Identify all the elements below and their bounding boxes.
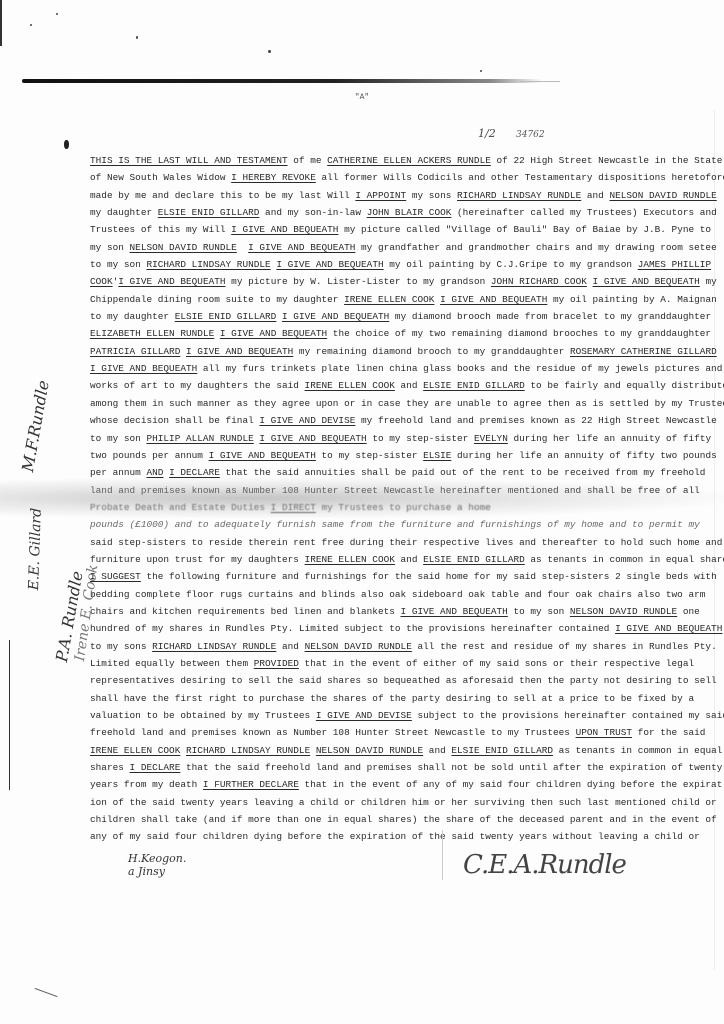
document-line: furniture upon trust for my daughters IR… (90, 551, 710, 568)
line-text: land and premises known as Number 108 Hu… (90, 485, 700, 496)
underlined-clause: IRENE ELLEN COOK (344, 294, 434, 305)
folio-number: 34762 (516, 130, 545, 140)
underlined-clause: PHILIP ALLAN RUNDLE (146, 433, 253, 444)
underlined-clause: ELSIE (423, 450, 451, 461)
line-text: my (700, 276, 717, 287)
line-text: bedding complete floor rugs curtains and… (90, 589, 705, 600)
scan-speck (268, 50, 271, 53)
line-text: valuation to be obtained by my Trustees (90, 710, 316, 721)
underlined-clause: I APPOINT (355, 190, 406, 201)
underlined-clause: I GIVE AND BEQUEATH (593, 276, 700, 287)
document-line: ion of the said twenty years leaving a c… (90, 794, 710, 811)
document-line: to my son PHILIP ALLAN RUNDLE I GIVE AND… (90, 430, 710, 447)
line-text: made by me and declare this to be my las… (90, 190, 355, 201)
scan-speck (136, 36, 138, 39)
document-line: Chippendale dining room suite to my daug… (90, 291, 710, 308)
line-text: that in the event of any of my said four… (299, 779, 724, 790)
line-text: my freehold land and premises known as 2… (355, 415, 716, 426)
line-text: among them in such manner as they agree … (90, 398, 724, 409)
line-text: my oil painting by A. Maignan (547, 294, 716, 305)
underlined-clause: I GIVE AND BEQUEATH (118, 276, 225, 287)
document-line: IRENE ELLEN COOK RICHARD LINDSAY RUNDLE … (90, 742, 710, 759)
margin-signature: E.E. Gillard (26, 508, 45, 591)
underlined-clause: ELIZABETH ELLEN RUNDLE (90, 328, 214, 339)
line-text: my Trustees to purchase a home (316, 502, 491, 513)
underlined-clause: UPON TRUST (576, 727, 632, 738)
line-text: my picture by W. Lister-Lister to my gra… (226, 276, 491, 287)
underlined-clause: ELSIE ENID GILLARD (158, 207, 260, 218)
line-text: during her life an annuity of fifty two … (451, 450, 716, 461)
underlined-clause: RICHARD LINDSAY RUNDLE (152, 641, 276, 652)
line-text: and (581, 190, 609, 201)
underlined-clause: NELSON DAVID RUNDLE (570, 606, 677, 617)
underlined-clause: ELSIE ENID GILLARD (423, 380, 525, 391)
header-rule (22, 79, 542, 83)
underlined-clause: ELSIE ENID GILLARD (423, 554, 525, 565)
underlined-clause: ROSEMARY CATHERINE GILLARD (570, 346, 717, 357)
document-line: to my son RICHARD LINDSAY RUNDLE I GIVE … (90, 256, 710, 273)
line-text: subject to the provisions hereinafter co… (412, 710, 724, 721)
document-line: land and premises known as Number 108 Hu… (90, 482, 710, 499)
document-line: shall have the first right to purchase t… (90, 690, 710, 707)
line-text: my remaining diamond brooch to my grandd… (293, 346, 570, 357)
underlined-clause: RICHARD LINDSAY RUNDLE (186, 745, 310, 756)
line-text: to be fairly and equally distributed (525, 380, 724, 391)
document-line: works of art to my daughters the said IR… (90, 377, 710, 394)
line-text: my son (90, 242, 130, 253)
line-text: as tenants in common in equal shares (525, 554, 724, 565)
underlined-clause: I GIVE AND BEQUEATH (231, 224, 338, 235)
line-text: and (395, 554, 423, 565)
document-line: made by me and declare this to be my las… (90, 187, 710, 204)
line-text: of 22 High Street Newcastle in the State (491, 155, 722, 166)
line-text: to my son (90, 259, 146, 270)
underlined-clause: I DIRECT (271, 502, 316, 513)
underlined-clause: PROVIDED (254, 658, 299, 669)
underlined-clause: I GIVE AND BEQUEATH (186, 346, 293, 357)
underlined-clause: I GIVE AND BEQUEATH (90, 363, 197, 374)
line-text: all my furs trinkets plate linen china g… (197, 363, 722, 374)
underlined-clause: ELSIE ENID GILLARD (175, 311, 277, 322)
line-text: my sons (406, 190, 457, 201)
scan-edge-mark (0, 0, 2, 46)
line-text: Chippendale dining room suite to my daug… (90, 294, 344, 305)
line-text: furniture upon trust for my daughters (90, 554, 305, 565)
line-text: my picture called "Village of Bauli" Bay… (338, 224, 711, 235)
underlined-clause: IRENE ELLEN COOK (305, 554, 395, 565)
document-line: my son NELSON DAVID RUNDLE I GIVE AND BE… (90, 239, 710, 256)
document-line: I SUGGEST the following furniture and fu… (90, 568, 710, 585)
line-text: one (677, 606, 700, 617)
document-line: to my daughter ELSIE ENID GILLARD I GIVE… (90, 308, 710, 325)
line-text: chairs and kitchen requirements bed line… (90, 606, 401, 617)
margin-signature: M.F.Rundle (18, 379, 53, 474)
document-line: representatives desiring to sell the sai… (90, 672, 710, 689)
underlined-clause: NELSON DAVID RUNDLE (130, 242, 237, 253)
line-text: and (423, 745, 451, 756)
underlined-clause: I GIVE AND DEVISE (259, 415, 355, 426)
line-text: Probate Death and Estate Duties (90, 502, 271, 513)
document-line: PATRICIA GILLARD I GIVE AND BEQUEATH my … (90, 343, 710, 360)
line-text: to my sons (90, 641, 152, 652)
underlined-clause: RICHARD LINDSAY RUNDLE (146, 259, 270, 270)
line-text: during her life an annuity of fifty (508, 433, 711, 444)
line-text: all former Wills Codicils and other Test… (316, 172, 724, 183)
underlined-clause: COOK (90, 276, 113, 287)
line-text: pounds (£1000) and to adequately furnish… (90, 519, 700, 530)
line-text: two pounds per annum (90, 450, 209, 461)
stray-pen-mark (35, 988, 58, 997)
document-line: whose decision shall be final I GIVE AND… (90, 412, 710, 429)
document-line: hundred of my shares in Rundles Pty. Lim… (90, 620, 710, 637)
underlined-clause: I HEREBY REVOKE (231, 172, 316, 183)
document-line: per annum AND I DECLARE that the said an… (90, 464, 710, 481)
line-text: the choice of my two remaining diamond b… (327, 328, 711, 339)
document-line: any of my said four children dying befor… (90, 828, 710, 845)
underlined-clause: I GIVE AND BEQUEATH (276, 259, 383, 270)
underlined-clause: I FURTHER DECLARE (203, 779, 299, 790)
document-line: said step-sisters to reside therein rent… (90, 534, 710, 551)
underlined-clause: JAMES PHILLIP (638, 259, 711, 270)
underlined-clause: JOHN RICHARD COOK (491, 276, 587, 287)
underlined-clause: IRENE ELLEN COOK (90, 745, 180, 756)
line-text: to my step-sister (316, 450, 423, 461)
line-text: my daughter (90, 207, 158, 218)
underlined-clause: NELSON DAVID RUNDLE (316, 745, 423, 756)
line-text: and (276, 641, 304, 652)
line-text: freehold land and premises known as Numb… (90, 727, 576, 738)
line-text: my diamond brooch made from bracelet to … (389, 311, 711, 322)
line-text: and my son-in-law (259, 207, 366, 218)
document-line: shares I DECLARE that the said freehold … (90, 759, 710, 776)
document-line: among them in such manner as they agree … (90, 395, 710, 412)
document-line: two pounds per annum I GIVE AND BEQUEATH… (90, 447, 710, 464)
underlined-clause: CATHERINE ELLEN ACKERS RUNDLE (327, 155, 491, 166)
scan-speck (30, 24, 32, 26)
underlined-clause: I GIVE AND BEQUEATH (259, 433, 366, 444)
ink-blot (64, 140, 69, 149)
line-text: my oil painting by C.J.Gripe to my grand… (384, 259, 638, 270)
line-text: representatives desiring to sell the sai… (90, 675, 717, 686)
underlined-clause: I DECLARE (130, 762, 181, 773)
fold-line (442, 830, 443, 880)
underlined-clause: NELSON DAVID RUNDLE (305, 641, 412, 652)
line-text: all the rest and residue of my shares in… (412, 641, 717, 652)
scan-speck (480, 70, 482, 72)
line-text: of me (288, 155, 328, 166)
line-text: hundred of my shares in Rundles Pty. Lim… (90, 623, 615, 634)
margin-rule (9, 640, 10, 790)
line-text: that the said annuities shall be paid ou… (220, 467, 706, 478)
underlined-clause: JOHN BLAIR COOK (367, 207, 452, 218)
line-text: to my son (90, 433, 146, 444)
document-line: I GIVE AND BEQUEATH all my furs trinkets… (90, 360, 710, 377)
underlined-clause: I GIVE AND BEQUEATH (248, 242, 355, 253)
document-line: Limited equally between them PROVIDED th… (90, 655, 710, 672)
document-line: chairs and kitchen requirements bed line… (90, 603, 710, 620)
document-line: children shall take (and if more than on… (90, 811, 710, 828)
underlined-clause: I GIVE AND BEQUEATH (282, 311, 389, 322)
document-line: freehold land and premises known as Numb… (90, 724, 710, 741)
testator-signature: C.E.A.Rundle (463, 850, 626, 880)
underlined-clause: NELSON DAVID RUNDLE (609, 190, 716, 201)
line-text: as tenants in common in equal (553, 745, 722, 756)
line-text: and (395, 380, 423, 391)
line-text: shares (90, 762, 130, 773)
underlined-clause: RICHARD LINDSAY RUNDLE (457, 190, 581, 201)
scanned-will-page: "A" 1/2 34762 THIS IS THE LAST WILL AND … (0, 0, 724, 1024)
document-line: pounds (£1000) and to adequately furnish… (90, 516, 710, 533)
line-text: per annum (90, 467, 146, 478)
line-text: works of art to my daughters the said (90, 380, 305, 391)
underlined-clause: I GIVE AND BEQUEATH (440, 294, 547, 305)
line-text: that in the event of either of my said s… (299, 658, 694, 669)
line-text: shall have the first right to purchase t… (90, 693, 694, 704)
line-text: ion of the said twenty years leaving a c… (90, 797, 717, 808)
underlined-clause: THIS IS THE LAST WILL AND TESTAMENT (90, 155, 288, 166)
line-text: Limited equally between them (90, 658, 254, 669)
witness-name-2: a Jinsy (128, 865, 186, 878)
underlined-clause: I GIVE AND BEQUEATH (401, 606, 508, 617)
scan-speck (56, 13, 58, 15)
line-text: the following furniture and furnishings … (141, 571, 717, 582)
document-line: to my sons RICHARD LINDSAY RUNDLE and NE… (90, 638, 710, 655)
document-line: Probate Death and Estate Duties I DIRECT… (90, 499, 710, 516)
line-text: (hereinafter called my Trustees) Executo… (451, 207, 716, 218)
line-text: of New South Wales Widow (90, 172, 231, 183)
document-line: ELIZABETH ELLEN RUNDLE I GIVE AND BEQUEA… (90, 325, 710, 342)
line-text: years from my death (90, 779, 203, 790)
underlined-clause: IRENE ELLEN COOK (305, 380, 395, 391)
line-text: children shall take (and if more than on… (90, 814, 717, 825)
page-marker: "A" (0, 93, 724, 102)
line-text: my grandfather and grandmother chairs an… (355, 242, 716, 253)
line-text: Trustees of this my Will (90, 224, 231, 235)
line-text (237, 242, 248, 253)
line-text: any of my said four children dying befor… (90, 831, 700, 842)
witness-signature: H.Keogon. a Jinsy (128, 852, 186, 878)
underlined-clause: I GIVE AND BEQUEATH (615, 623, 722, 634)
line-text: to my son (508, 606, 570, 617)
document-line: valuation to be obtained by my Trustees … (90, 707, 710, 724)
header-rule-tail (520, 81, 560, 82)
document-line: of New South Wales Widow I HEREBY REVOKE… (90, 169, 710, 186)
document-line: bedding complete floor rugs curtains and… (90, 586, 710, 603)
line-text: that the said freehold land and premises… (180, 762, 722, 773)
witness-name: H.Keogon. (128, 852, 186, 865)
document-line: years from my death I FURTHER DECLARE th… (90, 776, 710, 793)
underlined-clause: I GIVE AND DEVISE (316, 710, 412, 721)
underlined-clause: I GIVE AND BEQUEATH (220, 328, 327, 339)
line-text: to my step-sister (367, 433, 474, 444)
underlined-clause: PATRICIA GILLARD (90, 346, 180, 357)
line-text: to my daughter (90, 311, 175, 322)
will-body-text: THIS IS THE LAST WILL AND TESTAMENT of m… (90, 152, 710, 846)
underlined-clause: EVELYN (474, 433, 508, 444)
line-text: for the said (632, 727, 705, 738)
document-line: COOK'I GIVE AND BEQUEATH my picture by W… (90, 273, 710, 290)
folio-fraction: 1/2 (478, 127, 496, 140)
underlined-clause: AND (146, 467, 163, 478)
underlined-clause: I DECLARE (169, 467, 220, 478)
document-line: my daughter ELSIE ENID GILLARD and my so… (90, 204, 710, 221)
underlined-clause: ELSIE ENID GILLARD (451, 745, 553, 756)
document-line: Trustees of this my Will I GIVE AND BEQU… (90, 221, 710, 238)
document-line: THIS IS THE LAST WILL AND TESTAMENT of m… (90, 152, 710, 169)
line-text: said step-sisters to reside therein rent… (90, 537, 722, 548)
underlined-clause: I GIVE AND BEQUEATH (209, 450, 316, 461)
line-text: whose decision shall be final (90, 415, 259, 426)
